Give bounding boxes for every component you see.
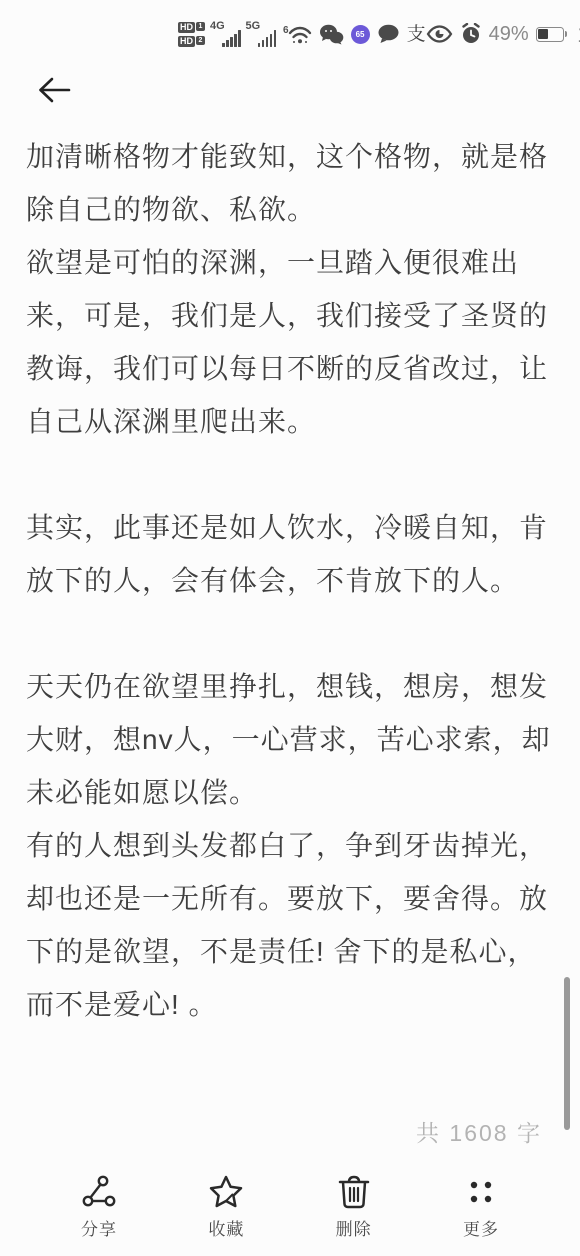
share-icon bbox=[81, 1174, 117, 1210]
share-label: 分享 bbox=[81, 1215, 117, 1240]
word-count: 共 1608 字 bbox=[416, 1115, 542, 1148]
delete-label: 删除 bbox=[336, 1215, 372, 1240]
status-bar-right: 49% 11:50 bbox=[426, 21, 580, 48]
network-type-label: 5G bbox=[246, 20, 261, 32]
trash-icon bbox=[337, 1174, 371, 1210]
hd-badge-label: HD bbox=[178, 36, 195, 47]
alarm-icon bbox=[460, 23, 482, 45]
text-line bbox=[26, 607, 554, 660]
signal-sim2-icon: 5G bbox=[248, 22, 277, 47]
status-bar-left: HD 1 HD 2 4G 5G bbox=[178, 22, 426, 47]
signal-bars-icon bbox=[222, 30, 241, 47]
text-line: 来，可是，我们是人，我们接受了圣贤的 bbox=[26, 289, 554, 342]
bottom-toolbar: 分享 收藏 删除 bbox=[0, 1164, 580, 1256]
text-line: 加清晰格物才能致知，这个格物，就是格 bbox=[26, 130, 554, 183]
back-arrow-icon bbox=[33, 74, 73, 108]
text-line: 放下的人，会有体会，不肯放下的人。 bbox=[26, 554, 554, 607]
text-line: 未必能如愿以偿。 bbox=[26, 766, 554, 819]
scrollbar-thumb[interactable] bbox=[564, 977, 570, 1130]
signal-sim1-icon: 4G bbox=[212, 22, 241, 47]
network-type-label: 4G bbox=[210, 20, 225, 32]
back-button[interactable] bbox=[33, 74, 73, 108]
volte-hd-badges: HD 1 HD 2 bbox=[178, 22, 205, 47]
nav-bar bbox=[0, 70, 580, 116]
alipay-icon: 支 bbox=[407, 25, 426, 44]
status-bar: HD 1 HD 2 4G 5G bbox=[0, 0, 580, 58]
battery-fill bbox=[538, 29, 548, 39]
hd-badge-sim-number: 2 bbox=[196, 36, 205, 45]
text-line: 其实，此事还是如人饮水，冷暖自知，肯 bbox=[26, 501, 554, 554]
text-line: 欲望是可怕的深渊，一旦踏入便很难出 bbox=[26, 236, 554, 289]
text-line: 下的是欲望，不是责任! 舍下的是私心， bbox=[26, 925, 554, 978]
eye-comfort-icon bbox=[426, 25, 453, 43]
text-line: 除自己的物欲、私欲。 bbox=[26, 183, 554, 236]
hd-sim1-icon: HD 1 bbox=[178, 22, 205, 33]
delete-button[interactable]: 删除 bbox=[327, 1174, 381, 1240]
favorite-button[interactable]: 收藏 bbox=[199, 1174, 253, 1240]
wifi6-icon: 6 bbox=[283, 23, 312, 45]
more-dots-icon bbox=[464, 1174, 498, 1210]
favorite-label: 收藏 bbox=[208, 1215, 244, 1240]
purple-badge-text: 65 bbox=[356, 30, 365, 39]
text-line: 教诲，我们可以每日不断的反省改过，让 bbox=[26, 342, 554, 395]
message-bubble-icon bbox=[377, 24, 400, 44]
battery-icon bbox=[536, 27, 568, 42]
hd-badge-sim-number: 1 bbox=[196, 22, 205, 31]
text-line: 有的人想到头发都白了，争到牙齿掉光， bbox=[26, 819, 554, 872]
battery-percent: 49% bbox=[489, 23, 529, 46]
wifi-arcs-icon bbox=[288, 25, 312, 45]
text-line: 自己从深渊里爬出来。 bbox=[26, 395, 554, 448]
text-line: 而不是爱心! 。 bbox=[26, 978, 554, 1031]
text-line: 天天仍在欲望里挣扎，想钱，想房，想发 bbox=[26, 660, 554, 713]
hd-sim2-icon: HD 2 bbox=[178, 36, 205, 47]
note-body[interactable]: 加清晰格物才能致知，这个格物，就是格除自己的物欲、私欲。欲望是可怕的深渊，一旦踏… bbox=[0, 130, 580, 1031]
signal-bars-icon bbox=[258, 30, 277, 47]
more-button[interactable]: 更多 bbox=[454, 1174, 508, 1240]
phone-screen: HD 1 HD 2 4G 5G bbox=[0, 0, 580, 1256]
purple-app-notification-icon: 65 bbox=[351, 25, 370, 44]
more-label: 更多 bbox=[463, 1215, 499, 1240]
star-icon bbox=[207, 1174, 245, 1210]
wechat-icon bbox=[319, 24, 344, 45]
hd-badge-label: HD bbox=[178, 22, 195, 33]
share-button[interactable]: 分享 bbox=[72, 1174, 126, 1240]
text-line: 大财，想nv人，一心营求，苦心求索，却 bbox=[26, 713, 554, 766]
text-line bbox=[26, 448, 554, 501]
text-line: 却也还是一无所有。要放下，要舍得。放 bbox=[26, 872, 554, 925]
